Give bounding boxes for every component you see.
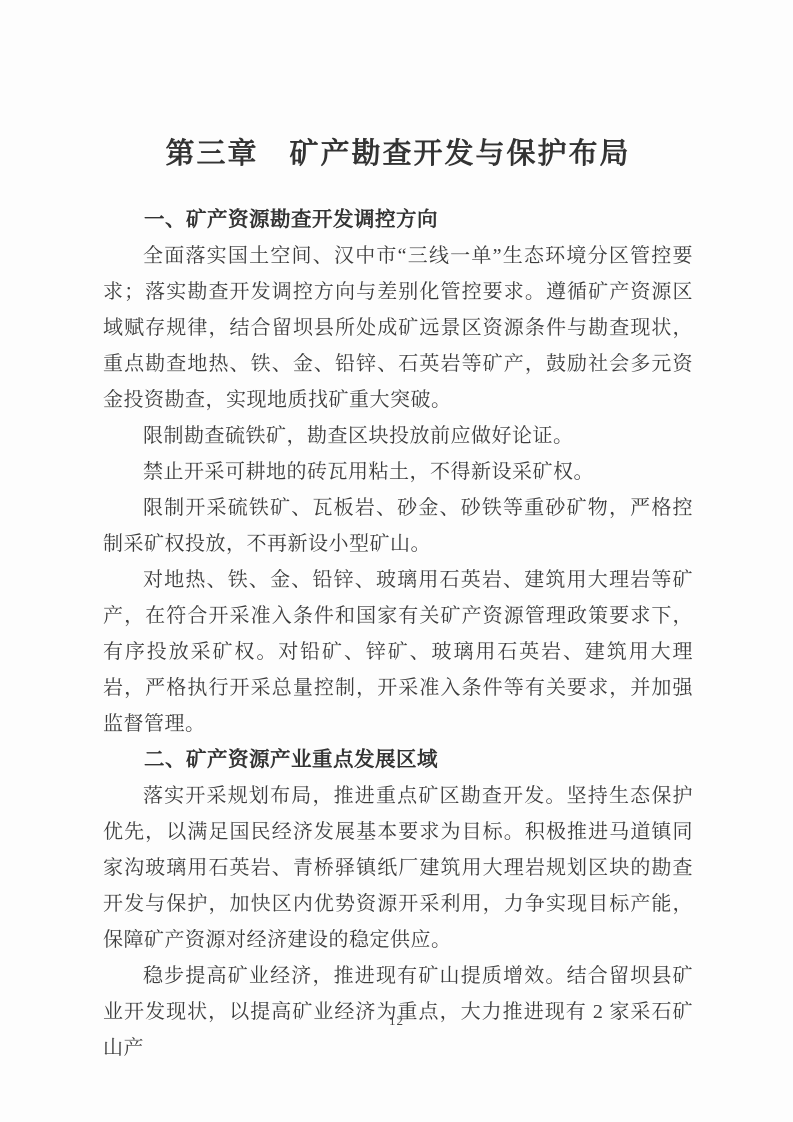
section-1-heading: 一、矿产资源勘查开发调控方向 bbox=[103, 202, 693, 238]
paragraph: 落实开采规划布局，推进重点矿区勘查开发。坚持生态保护优先，以满足国民经济发展基本… bbox=[103, 778, 693, 958]
page-content: 第三章 矿产勘查开发与保护布局 一、矿产资源勘查开发调控方向 全面落实国土空间、… bbox=[103, 132, 693, 1066]
document-page: 第三章 矿产勘查开发与保护布局 一、矿产资源勘查开发调控方向 全面落实国土空间、… bbox=[0, 0, 793, 1122]
paragraph: 禁止开采可耕地的砖瓦用粘土，不得新设采矿权。 bbox=[103, 454, 693, 490]
section-2-heading: 二、矿产资源产业重点发展区域 bbox=[103, 742, 693, 778]
paragraph: 限制开采硫铁矿、瓦板岩、砂金、砂铁等重砂矿物，严格控制采矿权投放，不再新设小型矿… bbox=[103, 490, 693, 562]
chapter-title: 第三章 矿产勘查开发与保护布局 bbox=[103, 132, 693, 176]
paragraph: 稳步提高矿业经济，推进现有矿山提质增效。结合留坝县矿业开发现状，以提高矿业经济为… bbox=[103, 958, 693, 1066]
paragraph: 限制勘查硫铁矿，勘查区块投放前应做好论证。 bbox=[103, 418, 693, 454]
paragraph: 对地热、铁、金、铅锌、玻璃用石英岩、建筑用大理岩等矿产，在符合开采准入条件和国家… bbox=[103, 562, 693, 742]
page-number: 12 bbox=[0, 1013, 793, 1029]
paragraph: 全面落实国土空间、汉中市“三线一单”生态环境分区管控要求；落实勘查开发调控方向与… bbox=[103, 238, 693, 418]
